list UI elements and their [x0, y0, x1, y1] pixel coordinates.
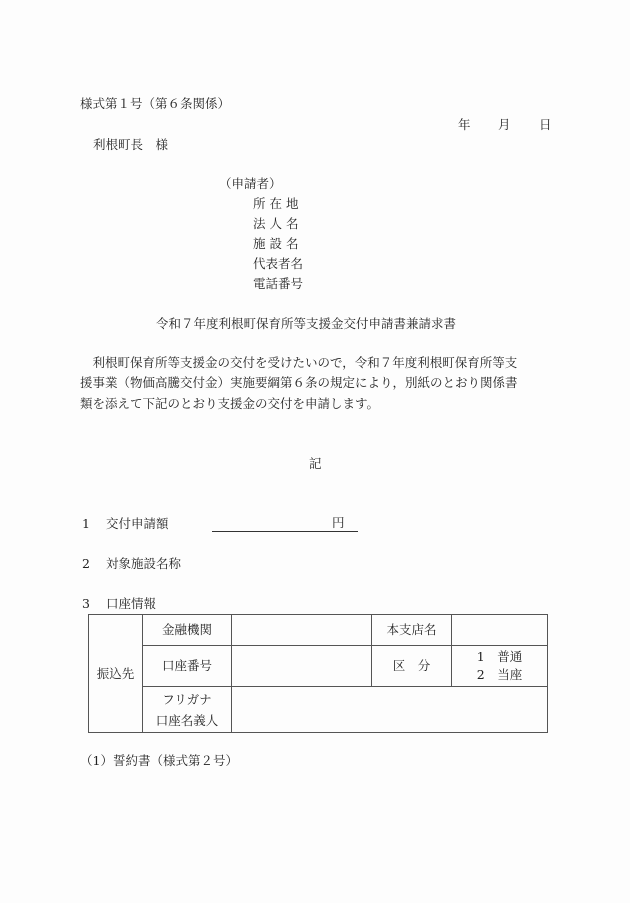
ki-heading: 記	[309, 456, 322, 472]
transfer-destination-header: 振込先	[89, 615, 143, 733]
date-year-label: 年	[458, 117, 471, 133]
form-number: 様式第１号（第６条関係）	[80, 96, 230, 112]
addressee: 利根町長 様	[93, 137, 168, 153]
item-1-number: 1	[82, 516, 90, 532]
body-line-3: 類を添えて下記のとおり支援金の交付を申請します。	[80, 396, 379, 412]
account-type-label: 区 分	[372, 646, 452, 687]
bank-label: 金融機関	[143, 615, 232, 646]
date-day-label: 日	[539, 117, 552, 133]
holder-label-cell: フリガナ 口座名義人	[143, 687, 232, 733]
body-line-1: 利根町保育所等支援金の交付を受けたいので，令和７年度利根町保育所等支	[80, 355, 517, 371]
bank-field[interactable]	[232, 615, 372, 646]
branch-label: 本支店名	[372, 615, 452, 646]
amount-unit: 円	[332, 515, 345, 531]
account-number-label: 口座番号	[143, 646, 232, 687]
applicant-corporation-label: 法 人 名	[253, 216, 298, 232]
account-holder-field[interactable]	[232, 687, 548, 733]
account-type-options[interactable]: 1 普通 2 当座	[452, 646, 548, 687]
item-3-label: 口座情報	[106, 596, 156, 612]
body-line-2: 援事業（物価高騰交付金）実施要綱第６条の規定により，別紙のとおり関係書	[80, 375, 518, 391]
item-2-number: 2	[82, 556, 90, 572]
account-info-table: 振込先 金融機関 本支店名 口座番号 区 分 1 普通 2 当座 フリガナ 口座…	[88, 614, 548, 733]
applicant-phone-label: 電話番号	[253, 276, 303, 292]
account-type-checking[interactable]: 2 当座	[452, 666, 547, 684]
amount-input-line[interactable]	[212, 531, 358, 532]
document-title: 令和７年度利根町保育所等支援金交付申請書兼請求書	[156, 316, 456, 332]
account-type-ordinary[interactable]: 1 普通	[452, 648, 547, 666]
item-2-label: 対象施設名称	[106, 556, 181, 572]
applicant-label: （申請者）	[219, 176, 282, 192]
applicant-address-label: 所 在 地	[253, 196, 298, 212]
applicant-facility-label: 施 設 名	[253, 236, 298, 252]
account-holder-label: 口座名義人	[143, 710, 231, 731]
furigana-label: フリガナ	[143, 689, 231, 710]
date-month-label: 月	[498, 117, 511, 133]
attachment-1: （1）誓約書（様式第２号）	[80, 753, 238, 769]
item-3-number: 3	[82, 596, 90, 612]
branch-field[interactable]	[452, 615, 548, 646]
applicant-representative-label: 代表者名	[253, 256, 303, 272]
account-number-field[interactable]	[232, 646, 372, 687]
item-1-label: 交付申請額	[106, 516, 169, 532]
